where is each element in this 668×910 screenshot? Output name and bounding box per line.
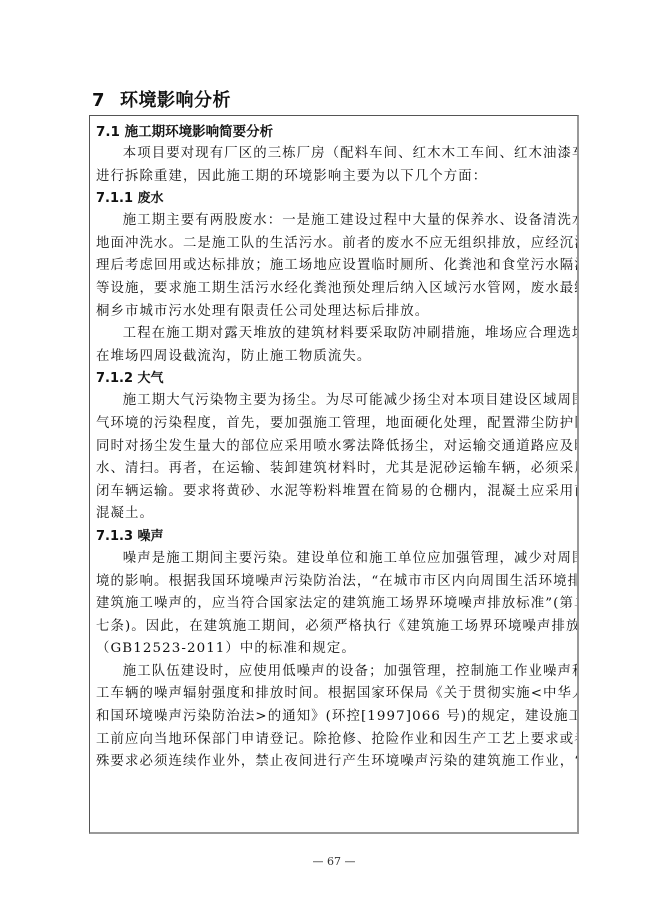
content-box: 7.1 施工期环境影响简要分析 本项目要对现有厂区的三栋厂房（配料车间、红木木工… xyxy=(89,115,579,834)
text-line: 水、清扫。再者，在运输、装卸建筑材料时，尤其是泥砂运输车辆，必须采用封 xyxy=(96,458,571,481)
paragraph: 施工期主要有两股废水：一是施工建设过程中大量的保养水、设备清洗水和 地面冲洗水。… xyxy=(96,210,571,323)
text-line: 桐乡市城市污水处理有限责任公司处理达标后排放。 xyxy=(96,301,571,324)
text-line: 在堆场四周设截流沟，防止施工物质流失。 xyxy=(96,346,571,369)
text-line: 施工队伍建设时，应使用低噪声的设备；加强管理，控制施工作业噪声和施 xyxy=(96,661,571,684)
text-line: 本项目要对现有厂区的三栋厂房（配料车间、红木木工车间、红木油漆车间） xyxy=(96,143,571,166)
text-line: 进行拆除重建，因此施工期的环境影响主要为以下几个方面： xyxy=(96,166,571,189)
section-heading: 7.1 施工期环境影响简要分析 xyxy=(96,121,571,143)
text-line: 地面冲洗水。二是施工队的生活污水。前者的废水不应无组织排放，应经沉淀处 xyxy=(96,233,571,256)
text-line: 殊要求必须连续作业外，禁止夜间进行产生环境噪声污染的建筑施工作业，“因 xyxy=(96,751,571,774)
paragraph: 施工队伍建设时，应使用低噪声的设备；加强管理，控制施工作业噪声和施 工车辆的噪声… xyxy=(96,661,571,774)
subsection-heading-wastewater: 7.1.1 废水 xyxy=(96,188,571,210)
text-line: 同时对扬尘发生量大的部位应采用喷水雾法降低扬尘，对运输交通道路应及时洒 xyxy=(96,436,571,459)
chapter-number: 7 xyxy=(92,90,120,111)
text-line: 理后考虑回用或达标排放；施工场地应设置临时厕所、化粪池和食堂污水隔油池 xyxy=(96,255,571,278)
text-line: 工车辆的噪声辐射强度和排放时间。根据国家环保局《关于贯彻实施<中华人民共 xyxy=(96,683,571,706)
paragraph: 施工期大气污染物主要为扬尘。为尽可能减少扬尘对本项目建设区域周围大 气环境的污染… xyxy=(96,390,571,526)
text-line: 七条)。因此，在建筑施工期间，必须严格执行《建筑施工场界环境噪声排放标准》 xyxy=(96,616,571,639)
text-line: 和国环境噪声污染防治法>的通知》(环控[1997]066 号)的规定，建设施工单… xyxy=(96,706,571,729)
text-line: 工前应向当地环保部门申请登记。除抢修、抢险作业和因生产工艺上要求或者特 xyxy=(96,729,571,752)
text-line: 施工期主要有两股废水：一是施工建设过程中大量的保养水、设备清洗水和 xyxy=(96,210,571,233)
text-line: 工程在施工期对露天堆放的建筑材料要采取防冲刷措施，堆场应合理选址， xyxy=(96,323,571,346)
paragraph: 噪声是施工期间主要污染。建设单位和施工单位应加强管理，减少对周围环 境的影响。根… xyxy=(96,548,571,661)
text-line: 混凝土。 xyxy=(96,503,571,526)
paragraph: 工程在施工期对露天堆放的建筑材料要采取防冲刷措施，堆场应合理选址， 在堆场四周设… xyxy=(96,323,571,368)
text-line: 施工期大气污染物主要为扬尘。为尽可能减少扬尘对本项目建设区域周围大 xyxy=(96,390,571,413)
intro-paragraph: 本项目要对现有厂区的三栋厂房（配料车间、红木木工车间、红木油漆车间） 进行拆除重… xyxy=(96,143,571,188)
text-line: 建筑施工噪声的，应当符合国家法定的建筑施工场界环境噪声排放标准”(第二十 xyxy=(96,593,571,616)
text-line: （GB12523-2011）中的标准和规定。 xyxy=(96,638,571,661)
text-line: 等设施，要求施工期生活污水经化粪池预处理后纳入区域污水管网，废水最终经 xyxy=(96,278,571,301)
chapter-title: 7环境影响分析 xyxy=(92,86,231,112)
chapter-title-text: 环境影响分析 xyxy=(120,90,231,111)
subsection-heading-noise: 7.1.3 噪声 xyxy=(96,526,571,548)
subsection-heading-air: 7.1.2 大气 xyxy=(96,368,571,390)
page-number: — 67 — xyxy=(0,855,668,868)
text-line: 噪声是施工期间主要污染。建设单位和施工单位应加强管理，减少对周围环 xyxy=(96,548,571,571)
text-line: 气环境的污染程度，首先，要加强施工管理，地面硬化处理，配置滞尘防护网， xyxy=(96,413,571,436)
text-line: 闭车辆运输。要求将黄砂、水泥等粉料堆置在简易的仓棚内，混凝土应采用商品 xyxy=(96,481,571,504)
text-line: 境的影响。根据我国环境噪声污染防治法，“在城市市区内向周围生活环境排放 xyxy=(96,571,571,594)
